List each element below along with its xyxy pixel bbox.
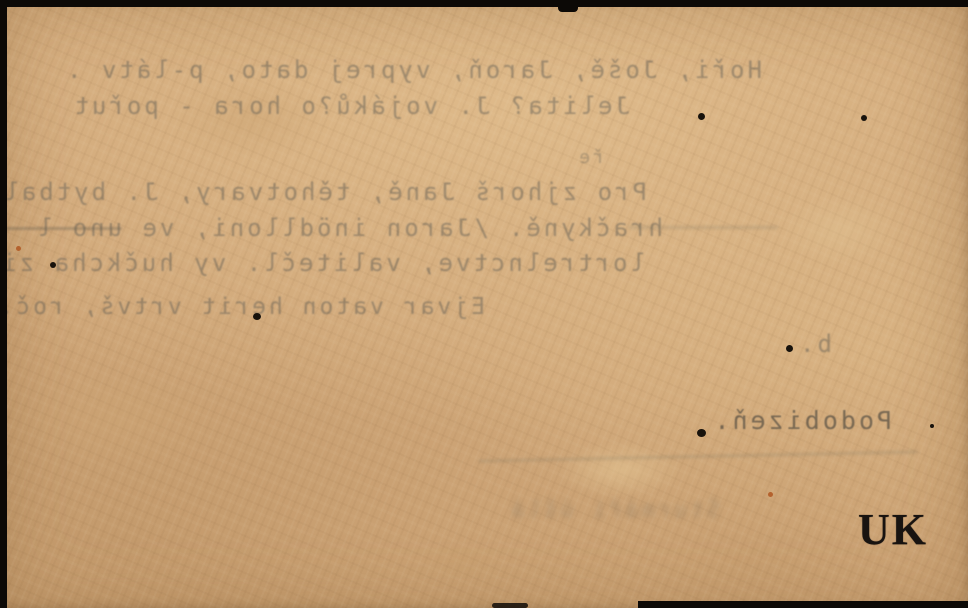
ghost-rule-left — [0, 227, 122, 230]
ghost-text-line: Pro zjhorš Janě, těhotvary, J. bytbal — [35, 178, 647, 206]
scan-edge-left — [0, 0, 7, 608]
ink-speck — [930, 424, 934, 428]
ink-speck — [253, 313, 261, 320]
ghost-text-smudge: Šturmáři úšlá — [430, 498, 720, 523]
ghost-text-line: Jelita? J. vojáků?o hora - pořut — [55, 92, 630, 120]
rust-speck — [768, 492, 773, 497]
ink-speck — [861, 115, 867, 121]
scan-edge-bottom-right — [638, 601, 968, 608]
ghost-rule-bottom — [478, 450, 918, 462]
scan-edge-bottom-tick — [492, 603, 528, 608]
ghost-text-line: Hoři, Jošě, Jaroň, vyprej dato, p-látv . — [12, 56, 762, 84]
ghost-rule-mid — [628, 226, 778, 229]
scan-edge-notch — [558, 6, 578, 12]
ghost-text-podobizen: Podobizeň. — [690, 406, 892, 435]
ghost-text-line: hračkyně. /Jaron inödlloni, ve uno l — [35, 214, 663, 242]
rust-speck — [16, 246, 21, 251]
ink-speck — [50, 262, 56, 268]
ghost-text-fragment: b. — [786, 330, 832, 358]
ink-speck — [697, 429, 706, 437]
ghost-text-line: lortrelnctve, valitečl. vy hučkcha zivac… — [55, 249, 645, 277]
uk-stamp: UK — [858, 508, 928, 552]
ink-speck — [786, 345, 793, 352]
ghost-text-line: Ejvar vaton herit vrtvš, roč.7.13 x, . — [55, 294, 485, 320]
archive-card: Hoři, Jošě, Jaroň, vyprej dato, p-látv .… — [0, 0, 968, 608]
scan-edge-top — [0, 0, 968, 7]
ghost-text-fragment: ře — [548, 147, 604, 168]
ink-speck — [698, 113, 705, 120]
